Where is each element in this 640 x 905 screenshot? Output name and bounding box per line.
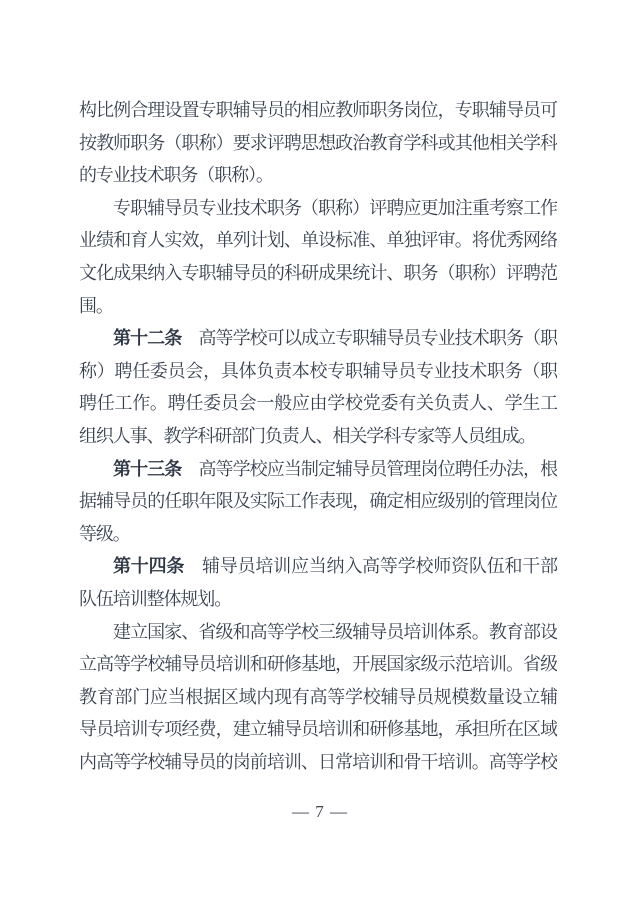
text-line: 聘任工作。聘任委员会一般应由学校党委有关负责人、学生工作、 bbox=[79, 387, 557, 420]
text-line: 按教师职务（职称）要求评聘思想政治教育学科或其他相关学科 bbox=[79, 127, 557, 160]
document-body: 构比例合理设置专职辅导员的相应教师职务岗位，专职辅导员可按教师职务（职称）要求评… bbox=[79, 94, 557, 778]
text-line: 业绩和育人实效，单列计划、单设标准、单独评审。将优秀网络 bbox=[79, 224, 557, 257]
text-line: 构比例合理设置专职辅导员的相应教师职务岗位，专职辅导员可 bbox=[79, 94, 557, 127]
text-line: 围。 bbox=[79, 290, 557, 323]
text-line: 立高等学校辅导员培训和研修基地，开展国家级示范培训。省级 bbox=[79, 648, 557, 681]
text-line: 第十四条 辅导员培训应当纳入高等学校师资队伍和干部 bbox=[79, 550, 557, 583]
text-line: 第十三条 高等学校应当制定辅导员管理岗位聘任办法，根 bbox=[79, 453, 557, 486]
text-line: 导员培训专项经费，建立辅导员培训和研修基地，承担所在区域 bbox=[79, 713, 557, 746]
text-line: 组织人事、教学科研部门负责人、相关学科专家等人员组成。 bbox=[79, 420, 557, 453]
text-line: 建立国家、省级和高等学校三级辅导员培训体系。教育部设 bbox=[79, 616, 557, 649]
text-line: 据辅导员的任职年限及实际工作表现，确定相应级别的管理岗位 bbox=[79, 485, 557, 518]
article-number: 第十二条 bbox=[113, 328, 181, 348]
text-line: 等级。 bbox=[79, 518, 557, 551]
text-line: 专职辅导员专业技术职务（职称）评聘应更加注重考察工作 bbox=[79, 192, 557, 225]
text-line: 内高等学校辅导员的岗前培训、日常培训和骨干培训。高等学校 bbox=[79, 746, 557, 779]
text-line: 的专业技术职务（职称）。 bbox=[79, 159, 557, 192]
text-line: 教育部门应当根据区域内现有高等学校辅导员规模数量设立辅 bbox=[79, 681, 557, 714]
article-number: 第十三条 bbox=[113, 459, 181, 479]
text-line: 队伍培训整体规划。 bbox=[79, 583, 557, 616]
text-line: 称）聘任委员会，具体负责本校专职辅导员专业技术职务（职称） bbox=[79, 355, 557, 388]
text-line: 第十二条 高等学校可以成立专职辅导员专业技术职务（职 bbox=[79, 322, 557, 355]
document-page: 构比例合理设置专职辅导员的相应教师职务岗位，专职辅导员可按教师职务（职称）要求评… bbox=[0, 0, 640, 905]
article-number: 第十四条 bbox=[113, 556, 184, 576]
text-line: 文化成果纳入专职辅导员的科研成果统计、职务（职称）评聘范 bbox=[79, 257, 557, 290]
page-number: — 7 — bbox=[0, 801, 640, 823]
